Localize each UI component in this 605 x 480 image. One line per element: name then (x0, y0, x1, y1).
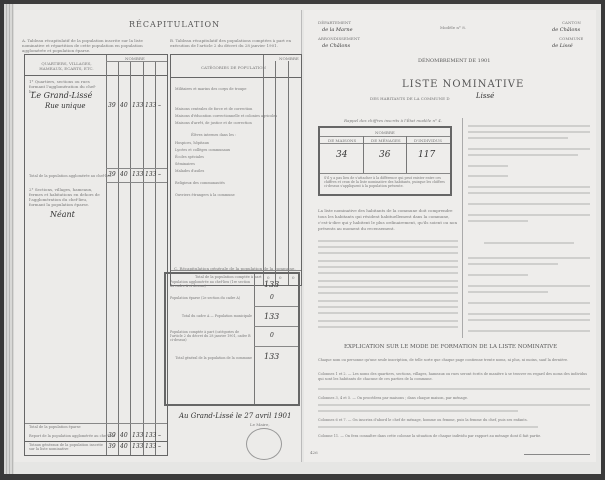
table-a-col-header: QUARTIERS, VILLAGES, HAMEAUX, ECARTS, ET… (29, 61, 104, 71)
explanation-p1: Chaque nom ou personne qu'une seule insc… (318, 358, 590, 363)
page-number: 426 (310, 450, 318, 455)
row1-french: 133 (145, 102, 156, 109)
explanation-p5: Colonne 11. — On fera connaître dans cet… (318, 434, 590, 439)
explanation-p4: Colonnes 6 et 7. — On inscrira d'abord l… (318, 418, 590, 423)
table-c-row-2-value: 0 (270, 294, 274, 301)
row1-foreigners: – (158, 102, 161, 109)
table-b-row-9: Séminaires (175, 162, 195, 166)
canton-value: de Châlons (552, 27, 580, 33)
commune-value: de Lissé (552, 43, 573, 49)
recall-value-households: 36 (379, 150, 390, 160)
grand-total-foreigners: – (158, 443, 161, 450)
department-label: DÉPARTEMENT (318, 20, 351, 25)
liste-subtitle: DES HABITANTS DE LA COMMUNE D (370, 96, 450, 101)
section-a-heading: A. Tableau récapitulatif de la populatio… (22, 38, 162, 53)
table-b-row-11: Religieux des communautés (175, 181, 225, 185)
table-a-item-2: 2° Sections, villages, hameaux, fermes e… (29, 187, 104, 207)
commune-handwritten: Lissé (476, 92, 494, 100)
table-b-row-5: Élèves internes dans les : (191, 133, 236, 137)
total-eparse-label: Total de la population éparse (29, 425, 81, 429)
table-b-row-6: Hospices, hôpitaux (175, 141, 209, 145)
table-b-row-2: Maisons centrales de force et de correct… (175, 107, 252, 111)
grand-total-houses: 39 (108, 443, 116, 450)
table-b-row-3: Maisons d'éducation correctionnelle et c… (175, 114, 277, 118)
recall-note: S'il y a pas lieu de s'attacher à la dif… (324, 176, 446, 188)
hw-place-1: Le Grand-Lissé (31, 91, 92, 100)
section-b-heading: B. Tableau récapitulatif des populations… (170, 38, 298, 48)
row1-houses: 39 (108, 102, 116, 109)
explanation-title: EXPLICATION SUR LE MODE DE FORMATION DE … (344, 344, 557, 350)
canton-label: CANTON (562, 20, 581, 25)
section-c-heading: C. Récapitulation générale de la populat… (174, 266, 296, 271)
table-c-row-3-label: Total du cadre A — Population municipale (170, 314, 252, 318)
explanation-p3: Colonnes 3, 4 et 5. — On procédera par m… (318, 396, 590, 401)
report-foreigners: – (158, 432, 161, 439)
document-spread: RÉCAPITULATION A. Tableau récapitulatif … (4, 4, 601, 474)
subtotal-foreigners: – (158, 171, 161, 178)
signature-role: Le Maire, (250, 422, 270, 427)
table-c-row-1-label: Population agglomérée au chef-lieu (1re … (170, 280, 252, 288)
mayor-stamp (246, 428, 282, 460)
row1-households: 40 (120, 102, 128, 109)
model-number: Modèle n° 8. (440, 25, 466, 30)
left-page-recapitulation: RÉCAPITULATION A. Tableau récapitulatif … (14, 10, 302, 462)
recall-group-header: NOMBRE (375, 130, 395, 135)
table-c-row-1-value: 133 (264, 280, 279, 289)
explanation-p2: Colonnes 1 et 2. — Les noms des quartier… (318, 372, 590, 382)
subtotal-individuals: 133 (132, 171, 143, 178)
row1-individuals: 133 (132, 102, 143, 109)
hw-neant: Néant (50, 210, 75, 219)
recall-value-houses: 34 (336, 150, 347, 160)
arrondissement-value: de Châlons (322, 43, 350, 49)
report-label: Report de la population agglomérée au ch… (29, 434, 115, 438)
grand-total-households: 40 (120, 443, 128, 450)
table-b-row-4: Maisons d'arrêt, de justice et de correc… (175, 121, 252, 125)
table-b-row-1: Militaires et marins des corps de troupe (175, 87, 246, 91)
table-c-row-3-value: 133 (264, 312, 279, 321)
table-b-row-10: Malades d'asiles (175, 169, 204, 173)
grand-total-french: 133 (145, 443, 156, 450)
grand-total-label: Totaux généraux de la population inscrit… (29, 443, 104, 451)
right-page-liste-nominative: DÉPARTEMENT de la Marne ARRONDISSEMENT d… (304, 10, 596, 462)
subtotal-households: 40 (120, 171, 128, 178)
recall-heading: Rappel des chiffres inscrits à l'État mo… (344, 118, 442, 123)
recall-value-individuals: 117 (418, 150, 435, 160)
table-c-row-2-label: Population éparse (2e section du cadre A… (170, 296, 252, 300)
report-individuals: 133 (132, 432, 143, 439)
commune-label: COMMUNE (559, 36, 583, 41)
recall-header-individuals: D'INDIVIDUS (414, 138, 442, 143)
table-a: QUARTIERS, VILLAGES, HAMEAUX, ECARTS, ET… (24, 54, 168, 456)
subtotal-houses: 39 (108, 171, 116, 178)
arrondissement-label: ARRONDISSEMENT (318, 36, 360, 41)
census-year: DÉNOMBREMENT DE 1901 (418, 58, 490, 64)
recall-table: NOMBRE DE MAISONS DE MÉNAGES D'INDIVIDUS… (318, 126, 452, 196)
report-households: 40 (120, 432, 128, 439)
table-b: CATÉGORIES DE POPULATION NOMBRE Militair… (170, 54, 302, 286)
department-value: de la Marne (322, 27, 353, 33)
table-c-row-4-label: Population comptée à part (catégories de… (170, 330, 252, 342)
table-b-row-7: Lycées et collèges communaux (175, 148, 230, 152)
subtotal-french: 133 (145, 171, 156, 178)
body-intro: La liste nominative des habitants de la … (318, 208, 458, 232)
table-c-row-5-value: 133 (264, 352, 279, 361)
recall-header-households: DE MÉNAGES (371, 138, 401, 143)
report-french: 133 (145, 432, 156, 439)
table-a-group-header: NOMBRE (125, 56, 145, 61)
liste-title: LISTE NOMINATIVE (402, 79, 524, 90)
recap-title: RÉCAPITULATION (129, 20, 220, 29)
report-houses: 39 (108, 432, 116, 439)
hw-place-2: Rue unique (45, 102, 86, 110)
recall-header-houses: DE MAISONS (328, 138, 356, 143)
subtotal-label: Total de la population agglomérée au che… (29, 174, 111, 178)
table-b-row-8: Écoles spéciales (175, 155, 204, 159)
table-c-row-4-value: 0 (270, 332, 274, 339)
table-c: Population agglomérée au chef-lieu (1re … (164, 272, 300, 406)
signature-place-date: Au Grand-Lissé le 27 avril 1901 (179, 412, 291, 420)
grand-total-individuals: 133 (132, 443, 143, 450)
table-c-row-5-label: Total général de la population de la com… (170, 356, 252, 360)
table-b-col-header: CATÉGORIES DE POPULATION (201, 65, 266, 70)
table-b-row-12: Ouvriers étrangers à la commune (175, 193, 235, 197)
page-stack-edge (4, 4, 14, 474)
